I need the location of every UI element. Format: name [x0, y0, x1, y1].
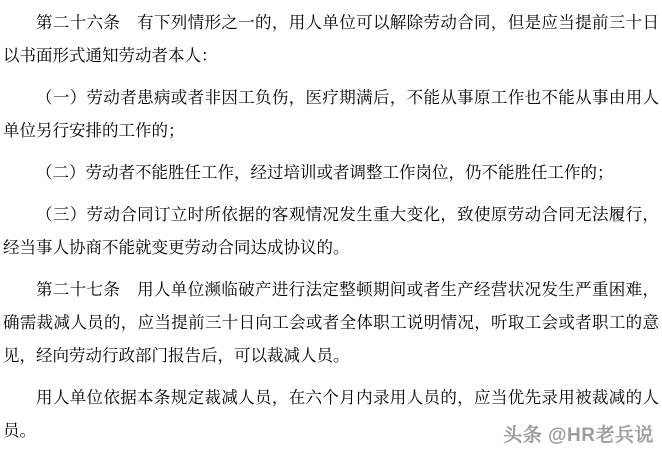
watermark-toutiao: 头条 @HR老兵说 — [503, 420, 654, 447]
article-26-intro: 第二十六条 有下列情形之一的，用人单位可以解除劳动合同，但是应当提前三十日以书面… — [3, 7, 659, 73]
labor-law-excerpt: 第二十六条 有下列情形之一的，用人单位可以解除劳动合同，但是应当提前三十日以书面… — [0, 0, 662, 448]
article-26-item-3: （三）劳动合同订立时所依据的客观情况发生重大变化，致使原劳动合同无法履行，经当事… — [3, 199, 659, 265]
article-27-body: 第二十七条 用人单位濒临破产进行法定整顿期间或者生产经营状况发生严重困难，确需裁… — [3, 274, 659, 373]
article-26-item-2: （二）劳动者不能胜任工作，经过培训或者调整工作岗位，仍不能胜任工作的； — [3, 157, 659, 190]
document-page: { "document": { "background_color": "#ff… — [0, 0, 662, 450]
article-26-item-1: （一）劳动者患病或者非因工负伤，医疗期满后，不能从事原工作也不能从事由用人单位另… — [3, 82, 659, 148]
